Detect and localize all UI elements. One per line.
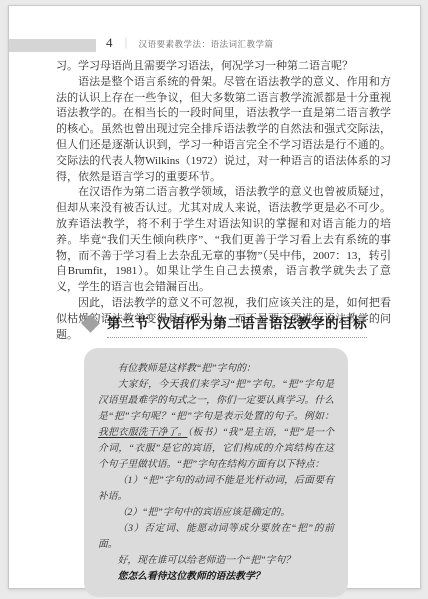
scanned-book-page-background: { "header": { "page_number": "4", "separ… [0, 0, 428, 599]
case-rule-item: （3）否定词、能愿动词等成分要放在“把”的前面。 [98, 521, 334, 553]
case-lecture: 大家好，今天我们来学习“把”字句。“把”字句是汉语里最难学的句式之一，你们一定要… [98, 377, 334, 473]
case-intro: 有位教师是这样教“把”字句的： [98, 361, 334, 377]
book-title: 汉语要素教学法：语法词汇教学篇 [139, 37, 274, 50]
reader-question: 您怎么看待这位教师的语法教学？ [98, 569, 334, 585]
case-closing-question: 好，现在谁可以给老师造一个“把”字句？ [98, 553, 334, 569]
case-rule-item: （2）“把”字句中的宾语应该是确定的。 [98, 505, 334, 521]
underlined-example: 我把衣服洗干净了。 [98, 427, 187, 438]
page-header: 4 ｜ 汉语要素教学法：语法词汇教学篇 [106, 35, 274, 51]
page-number: 4 [106, 35, 113, 51]
case-rule-item: （1）“把”字句的动词不能是光杆动词，后面要有补语。 [98, 473, 334, 505]
paragraph: 在汉语作为第二语言教学领域，语法教学的意义也曾被质疑过，但却从来没有被否认过。尤… [56, 185, 391, 296]
paragraph-continuation: 习。学习母语尚且需要学习语法，何况学习一种第二语言呢？ [56, 59, 391, 75]
section-title: 第二节汉语作为第二语言语法教学的目标 [107, 312, 367, 338]
body-text: 习。学习母语尚且需要学习语法，何况学习一种第二语言呢？ 语法是整个语言系统的骨架… [56, 59, 391, 343]
case-study-box: 有位教师是这样教“把”字句的： 大家好，今天我们来学习“把”字句。“把”字句是汉… [84, 348, 348, 597]
book-page: 4 ｜ 汉语要素教学法：语法词汇教学篇 习。学习母语尚且需要学习语法，何况学习一… [8, 5, 421, 589]
section-label: 第二节 [107, 316, 149, 331]
header-separator: ｜ [121, 35, 132, 51]
case-lecture-text: 大家好，今天我们来学习“把”字句。“把”字句是汉语里最难学的句式之一，你们一定要… [98, 379, 334, 422]
diamond-icon [81, 314, 99, 332]
header-edge-tab [9, 39, 96, 52]
section-title-text: 汉语作为第二语言语法教学的目标 [157, 316, 367, 331]
paragraph: 语法是整个语言系统的骨架。尽管在语法教学的意义、作用和方法的认识上存在一些争议，… [56, 75, 391, 186]
section-heading: 第二节汉语作为第二语言语法教学的目标 [81, 312, 367, 338]
